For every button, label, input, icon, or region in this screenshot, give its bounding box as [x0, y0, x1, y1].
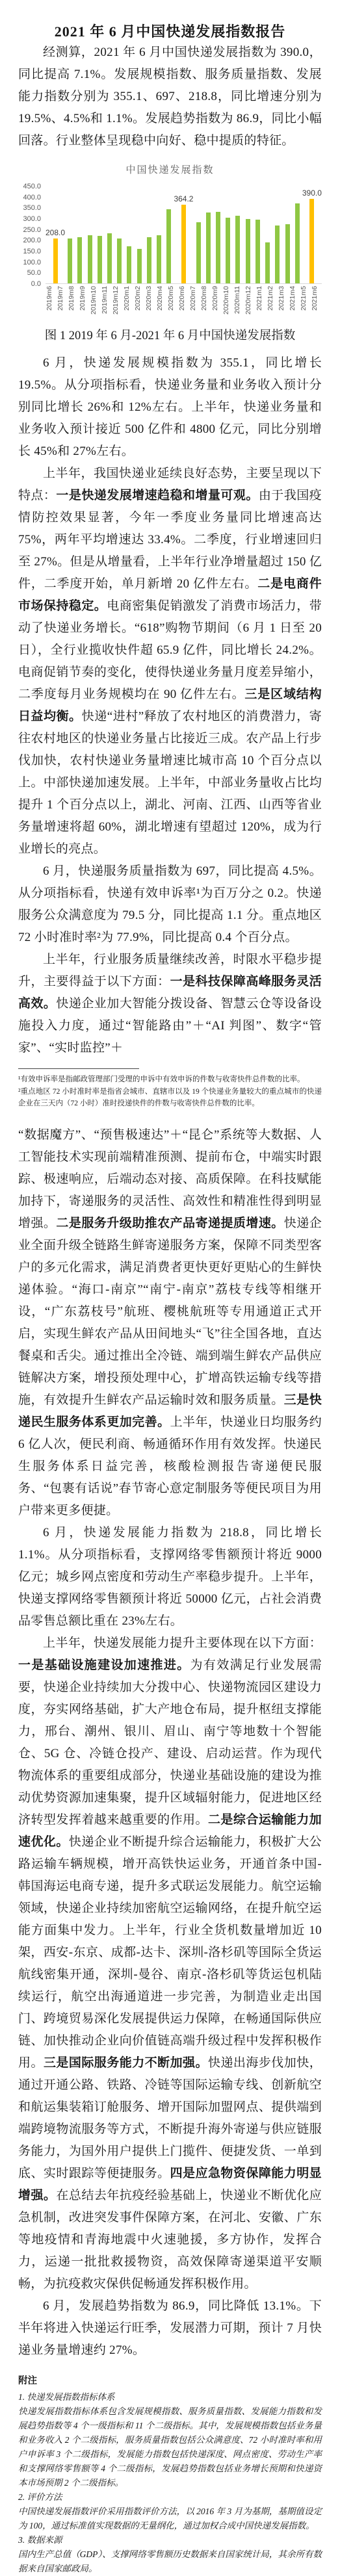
page-break: [18, 1110, 322, 1124]
chart-x-label: 2020m9: [211, 286, 222, 322]
chart-bar: [309, 199, 314, 283]
footnote-block: ¹有效申诉率是指邮政管理部门受理的申诉中有效申诉的件数与收寄快件总件数的比率。 …: [18, 1068, 322, 1110]
chart-bar: [147, 237, 151, 283]
notes-heading: 附注: [18, 2372, 322, 2390]
chart-title: 中国快递发展指数: [18, 162, 322, 176]
chart-bar-column: [105, 186, 114, 283]
chart-x-label: 2020m7: [189, 286, 200, 322]
chart-bar-column: [223, 186, 233, 283]
chart-bar-column: [65, 186, 75, 283]
development-index-chart: 中国快递发展指数 450.0400.0350.0300.0250.0200.01…: [18, 162, 322, 322]
chart-x-label: 2019m11: [101, 286, 112, 322]
chart-bar-column: [164, 186, 174, 283]
chart-x-label: 2021m2: [267, 286, 278, 322]
chart-data-label: 208.0: [46, 228, 65, 237]
chart-x-label: 2020m11: [233, 286, 244, 322]
chart-data-label: 390.0: [302, 188, 322, 198]
chart-x-label: 2019m7: [57, 286, 68, 322]
chart-bar: [117, 238, 122, 283]
paragraph-quality-index: 6 月，快递服务质量指数为 697，同比提高 4.5%。从分项指标看，快递有效申…: [18, 860, 322, 949]
chart-x-label: 2020m12: [244, 286, 255, 322]
paragraph-capacity-index: 6 月，快递发展能力指数为 218.8，同比增长 1.1%。从分项指标看，支撑网…: [18, 1522, 322, 1632]
chart-x-label: 2021m1: [255, 286, 267, 322]
chart-x-label: 2019m12: [112, 286, 123, 322]
chart-x-label: 2019m6: [46, 286, 57, 322]
chart-bar-column: [193, 186, 203, 283]
chart-bar-column: [263, 186, 272, 283]
chart-y-tick: 450.0: [18, 183, 41, 190]
chart-bar: [166, 209, 171, 283]
note-2-title: 2. 评价方法: [18, 2490, 322, 2505]
chart-bar: [265, 242, 270, 283]
chart-bar: [68, 238, 72, 283]
chart-bar: [77, 237, 82, 283]
chart-x-axis-spacer: [18, 284, 46, 322]
chart-bar: [88, 235, 92, 283]
chart-y-tick: 50.0: [18, 269, 41, 277]
footnote-divider: [18, 1068, 139, 1069]
chart-bar-column: [293, 186, 302, 283]
chart-x-label: 2019m10: [90, 286, 101, 322]
chart-y-tick: 350.0: [18, 204, 41, 212]
paragraph-trend-index: 6 月，发展趋势指数为 86.9，同比降低 13.1%。下半年将进入快递运行旺季…: [18, 2295, 322, 2362]
chart-y-tick: 400.0: [18, 194, 41, 201]
chart-bar: [157, 235, 161, 283]
chart-bar-column: [114, 186, 124, 283]
chart-bar: [295, 203, 300, 283]
chart-bar-column: [233, 186, 242, 283]
chart-bar: [206, 213, 211, 283]
chart-bar-column: [282, 186, 292, 283]
chart-bar-column: [253, 186, 263, 283]
chart-y-axis: 450.0400.0350.0300.0250.0200.0150.0100.0…: [18, 183, 46, 288]
chart-bars: 208.0364.2390.0: [46, 186, 322, 284]
chart-bar-column: [272, 186, 282, 283]
note-1-title: 1. 快递发展指数指标体系: [18, 2390, 322, 2404]
chart-y-tick: 150.0: [18, 248, 41, 255]
chart-x-label: 2021m3: [278, 286, 289, 322]
chart-bar-column: [124, 186, 134, 283]
chart-plot-area: 208.0364.2390.0: [46, 186, 322, 284]
chart-y-tick: 300.0: [18, 215, 41, 223]
chart-bar-column: [85, 186, 94, 283]
chart-data-label: 364.2: [174, 194, 193, 203]
chart-x-label: 2020m8: [200, 286, 211, 322]
chart-x-label: 2019m8: [68, 286, 79, 322]
paragraph-capacity-half-year: 上半年，快递发展能力提升主要体现在以下方面：一是基础设施建设加速推进。为有效满足…: [18, 1632, 322, 2295]
chart-bar: [127, 246, 131, 283]
chart-bar-column: [95, 186, 105, 283]
chart-bar-column: 390.0: [302, 186, 322, 283]
chart-x-label: 2021m4: [289, 286, 300, 322]
chart-bar: [53, 238, 58, 283]
chart-bar-column: 208.0: [46, 186, 65, 283]
chart-bar-column: [75, 186, 85, 283]
footnote-1: ¹有效申诉率是指邮政管理部门受理的申诉中有效申诉的件数与收寄快件总件数的比率。: [18, 1074, 322, 1086]
chart-bar-column: [203, 186, 213, 283]
report-page: 2021 年 6 月中国快递发展指数报告 经测算，2021 年 6 月中国快递发…: [0, 22, 340, 2576]
chart-bar-column: [154, 186, 164, 283]
note-2-body: 中国快递发展指数评价采用指数评价方法，以 2016 年 3 月为基期，基期值设定…: [18, 2505, 322, 2533]
chart-bar: [181, 205, 186, 283]
chart-y-tick: 100.0: [18, 259, 41, 266]
chart-bar: [107, 233, 112, 283]
paragraph-quality-half-year: 上半年，行业服务质量继续改善，时限水平稳步提升，主要得益于以下方面：一是科技保障…: [18, 949, 322, 1059]
chart-x-label: 2020m4: [156, 286, 167, 322]
chart-bar: [196, 222, 201, 283]
chart-bar: [216, 212, 220, 283]
chart-bar-column: [144, 186, 154, 283]
note-3-title: 3. 数据来源: [18, 2533, 322, 2547]
paragraph-intro: 经测算，2021 年 6 月中国快递发展指数为 390.0，同比提高 7.1%。…: [18, 42, 322, 152]
chart-bar-column: [243, 186, 253, 283]
chart-bar: [285, 224, 290, 283]
chart-bar: [235, 216, 240, 283]
paragraph-quality-half-year-continued: “数据魔方”、“预售极速达”＋“昆仑”系统等大数据、人工智能技术实现前端精准预测…: [18, 1124, 322, 1522]
notes-section: 附注 1. 快递发展指数指标体系 快递发展指数指标体系包含发展规模指数、服务质量…: [18, 2372, 322, 2576]
chart-x-label: 2021m6: [311, 286, 322, 322]
chart-x-label: 2020m10: [222, 286, 233, 322]
chart-bar: [255, 220, 260, 283]
chart-bar-column: 364.2: [174, 186, 193, 283]
chart-bar-column: [135, 186, 144, 283]
chart-x-label: 2019m9: [79, 286, 90, 322]
chart-bar: [275, 225, 280, 283]
chart-y-tick: 250.0: [18, 226, 41, 234]
chart-bar: [137, 249, 142, 283]
chart-y-tick: 200.0: [18, 237, 41, 244]
chart-x-label: 2020m6: [178, 286, 189, 322]
chart-bar: [246, 219, 250, 283]
chart-bar: [226, 218, 230, 283]
chart-x-label: 2021m5: [300, 286, 311, 322]
figure-caption: 图 1 2019 年 6 月-2021 年 6 月中国快递发展指数: [18, 326, 322, 346]
note-3-body: 国内生产总值（GDP）、支撑网络零售额历史数据来自国家统计局，其余所有数据来自国…: [18, 2547, 322, 2576]
chart-bar: [98, 236, 102, 283]
chart-x-label: 2020m2: [134, 286, 145, 322]
chart-x-axis: 2019m62019m72019m82019m92019m102019m1120…: [46, 284, 322, 322]
paragraph-scale-index: 6 月，快递发展规模指数为 355.1，同比增长 19.5%。从分项指标看，快递…: [18, 352, 322, 463]
note-1-body: 快递发展指数指标体系包含发展规模指数、服务质量指数、发展能力指数和发展趋势指数等…: [18, 2404, 322, 2490]
footnote-2: ²重点地区 72 小时准时率是指省会城市、直辖市以及 19 个快递业务量较大的重…: [18, 1086, 322, 1110]
paragraph-half-year-features: 上半年，我国快递业延续良好态势，主要呈现以下特点：一是快递发展增速趋稳和增量可观…: [18, 463, 322, 860]
chart-x-label: 2020m3: [145, 286, 156, 322]
page-title: 2021 年 6 月中国快递发展指数报告: [18, 22, 322, 42]
chart-bar-column: [213, 186, 223, 283]
chart-x-label: 2020m5: [167, 286, 178, 322]
chart-x-label: 2020m1: [123, 286, 134, 322]
